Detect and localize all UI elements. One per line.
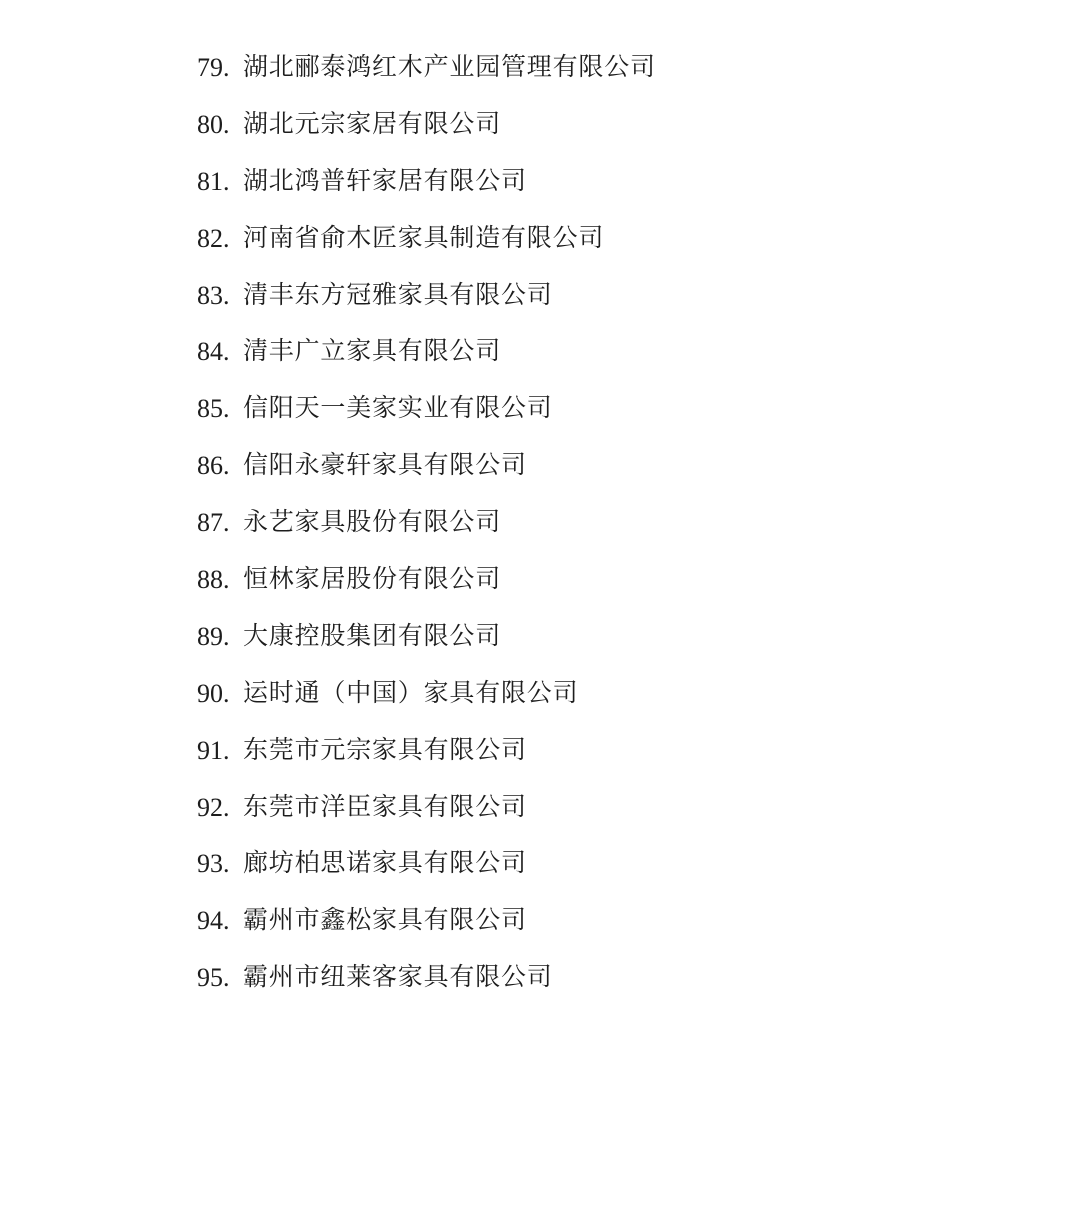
company-name: 大康控股集团有限公司 bbox=[243, 623, 501, 651]
list-item: 86. 信阳永豪轩家具有限公司 bbox=[197, 452, 656, 509]
list-item: 95. 霸州市纽莱客家具有限公司 bbox=[197, 964, 656, 1021]
list-item: 79. 湖北郦泰鸿红木产业园管理有限公司 bbox=[197, 54, 656, 111]
company-list: 79. 湖北郦泰鸿红木产业园管理有限公司 80. 湖北元宗家居有限公司 81. … bbox=[197, 54, 656, 1021]
company-name: 霸州市纽莱客家具有限公司 bbox=[243, 964, 553, 992]
item-number: 93. bbox=[197, 850, 243, 878]
company-name: 湖北郦泰鸿红木产业园管理有限公司 bbox=[243, 54, 656, 82]
item-number: 90. bbox=[197, 680, 243, 708]
company-name: 运时通（中国）家具有限公司 bbox=[243, 680, 578, 708]
list-item: 88. 恒林家居股份有限公司 bbox=[197, 566, 656, 623]
company-name: 恒林家居股份有限公司 bbox=[243, 566, 501, 594]
list-item: 80. 湖北元宗家居有限公司 bbox=[197, 111, 656, 168]
company-name: 东莞市元宗家具有限公司 bbox=[243, 737, 527, 765]
item-number: 88. bbox=[197, 566, 243, 594]
item-number: 83. bbox=[197, 282, 243, 310]
list-item: 89. 大康控股集团有限公司 bbox=[197, 623, 656, 680]
document-page: 79. 湖北郦泰鸿红木产业园管理有限公司 80. 湖北元宗家居有限公司 81. … bbox=[0, 0, 1080, 1212]
list-item: 87. 永艺家具股份有限公司 bbox=[197, 509, 656, 566]
list-item: 82. 河南省俞木匠家具制造有限公司 bbox=[197, 225, 656, 282]
list-item: 93. 廊坊柏思诺家具有限公司 bbox=[197, 850, 656, 907]
company-name: 信阳天一美家实业有限公司 bbox=[243, 395, 553, 423]
item-number: 82. bbox=[197, 225, 243, 253]
company-name: 湖北元宗家居有限公司 bbox=[243, 111, 501, 139]
list-item: 84. 清丰广立家具有限公司 bbox=[197, 338, 656, 395]
item-number: 95. bbox=[197, 964, 243, 992]
company-name: 信阳永豪轩家具有限公司 bbox=[243, 452, 527, 480]
company-name: 东莞市洋臣家具有限公司 bbox=[243, 794, 527, 822]
list-item: 92. 东莞市洋臣家具有限公司 bbox=[197, 794, 656, 851]
item-number: 87. bbox=[197, 509, 243, 537]
list-item: 91. 东莞市元宗家具有限公司 bbox=[197, 737, 656, 794]
company-name: 清丰广立家具有限公司 bbox=[243, 338, 501, 366]
company-name: 永艺家具股份有限公司 bbox=[243, 509, 501, 537]
list-item: 94. 霸州市鑫松家具有限公司 bbox=[197, 907, 656, 964]
list-item: 85. 信阳天一美家实业有限公司 bbox=[197, 395, 656, 452]
company-name: 湖北鸿普轩家居有限公司 bbox=[243, 168, 527, 196]
item-number: 89. bbox=[197, 623, 243, 651]
item-number: 84. bbox=[197, 338, 243, 366]
item-number: 86. bbox=[197, 452, 243, 480]
list-item: 83. 清丰东方冠雅家具有限公司 bbox=[197, 282, 656, 339]
company-name: 河南省俞木匠家具制造有限公司 bbox=[243, 225, 604, 253]
item-number: 92. bbox=[197, 794, 243, 822]
company-name: 廊坊柏思诺家具有限公司 bbox=[243, 850, 527, 878]
list-item: 81. 湖北鸿普轩家居有限公司 bbox=[197, 168, 656, 225]
item-number: 79. bbox=[197, 54, 243, 82]
item-number: 91. bbox=[197, 737, 243, 765]
list-item: 90. 运时通（中国）家具有限公司 bbox=[197, 680, 656, 737]
item-number: 80. bbox=[197, 111, 243, 139]
item-number: 85. bbox=[197, 395, 243, 423]
item-number: 94. bbox=[197, 907, 243, 935]
company-name: 霸州市鑫松家具有限公司 bbox=[243, 907, 527, 935]
item-number: 81. bbox=[197, 168, 243, 196]
company-name: 清丰东方冠雅家具有限公司 bbox=[243, 282, 553, 310]
